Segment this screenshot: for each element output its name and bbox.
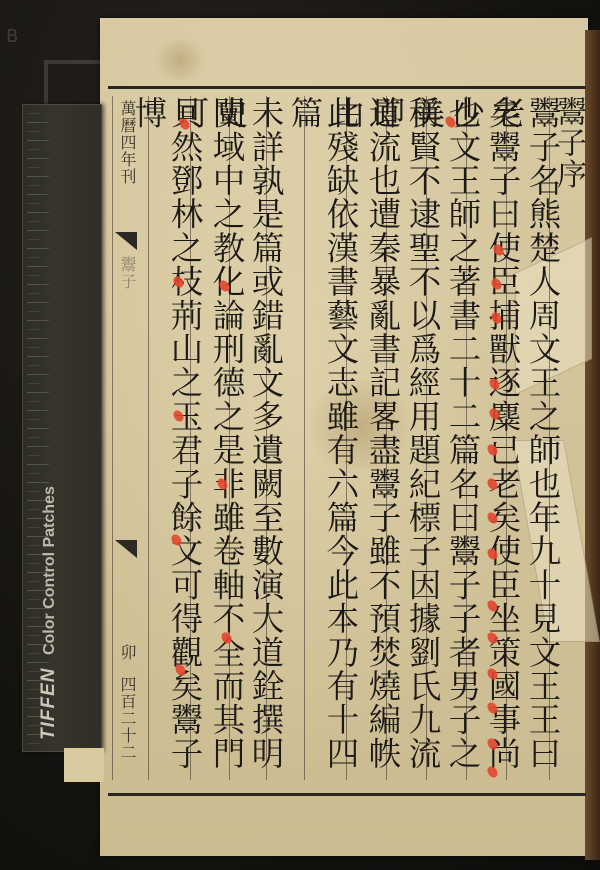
- ruler-caption: Color Control Patches: [41, 486, 58, 655]
- ruler-label: TIFFEN Color Control Patches: [38, 486, 60, 740]
- paper-stain: [150, 40, 210, 80]
- text-column: 貝然鄧林之枝荊山之玉君子餘文可得觀矣鬻子博: [148, 96, 185, 780]
- column-text: 貝然鄧林之枝荊山之玉君子餘文可得觀矣鬻子博: [131, 96, 203, 780]
- color-control-ruler: [22, 104, 102, 752]
- book-cover-edge: [585, 30, 600, 860]
- column-divider: [266, 96, 303, 780]
- background-marking: B: [6, 26, 18, 47]
- ruler-brand: TIFFEN: [38, 668, 59, 741]
- paper-fragment: [64, 748, 104, 782]
- text-column: 此殘缺依漢書藝文志雖有六篇今此本乃有十四篇: [304, 96, 341, 780]
